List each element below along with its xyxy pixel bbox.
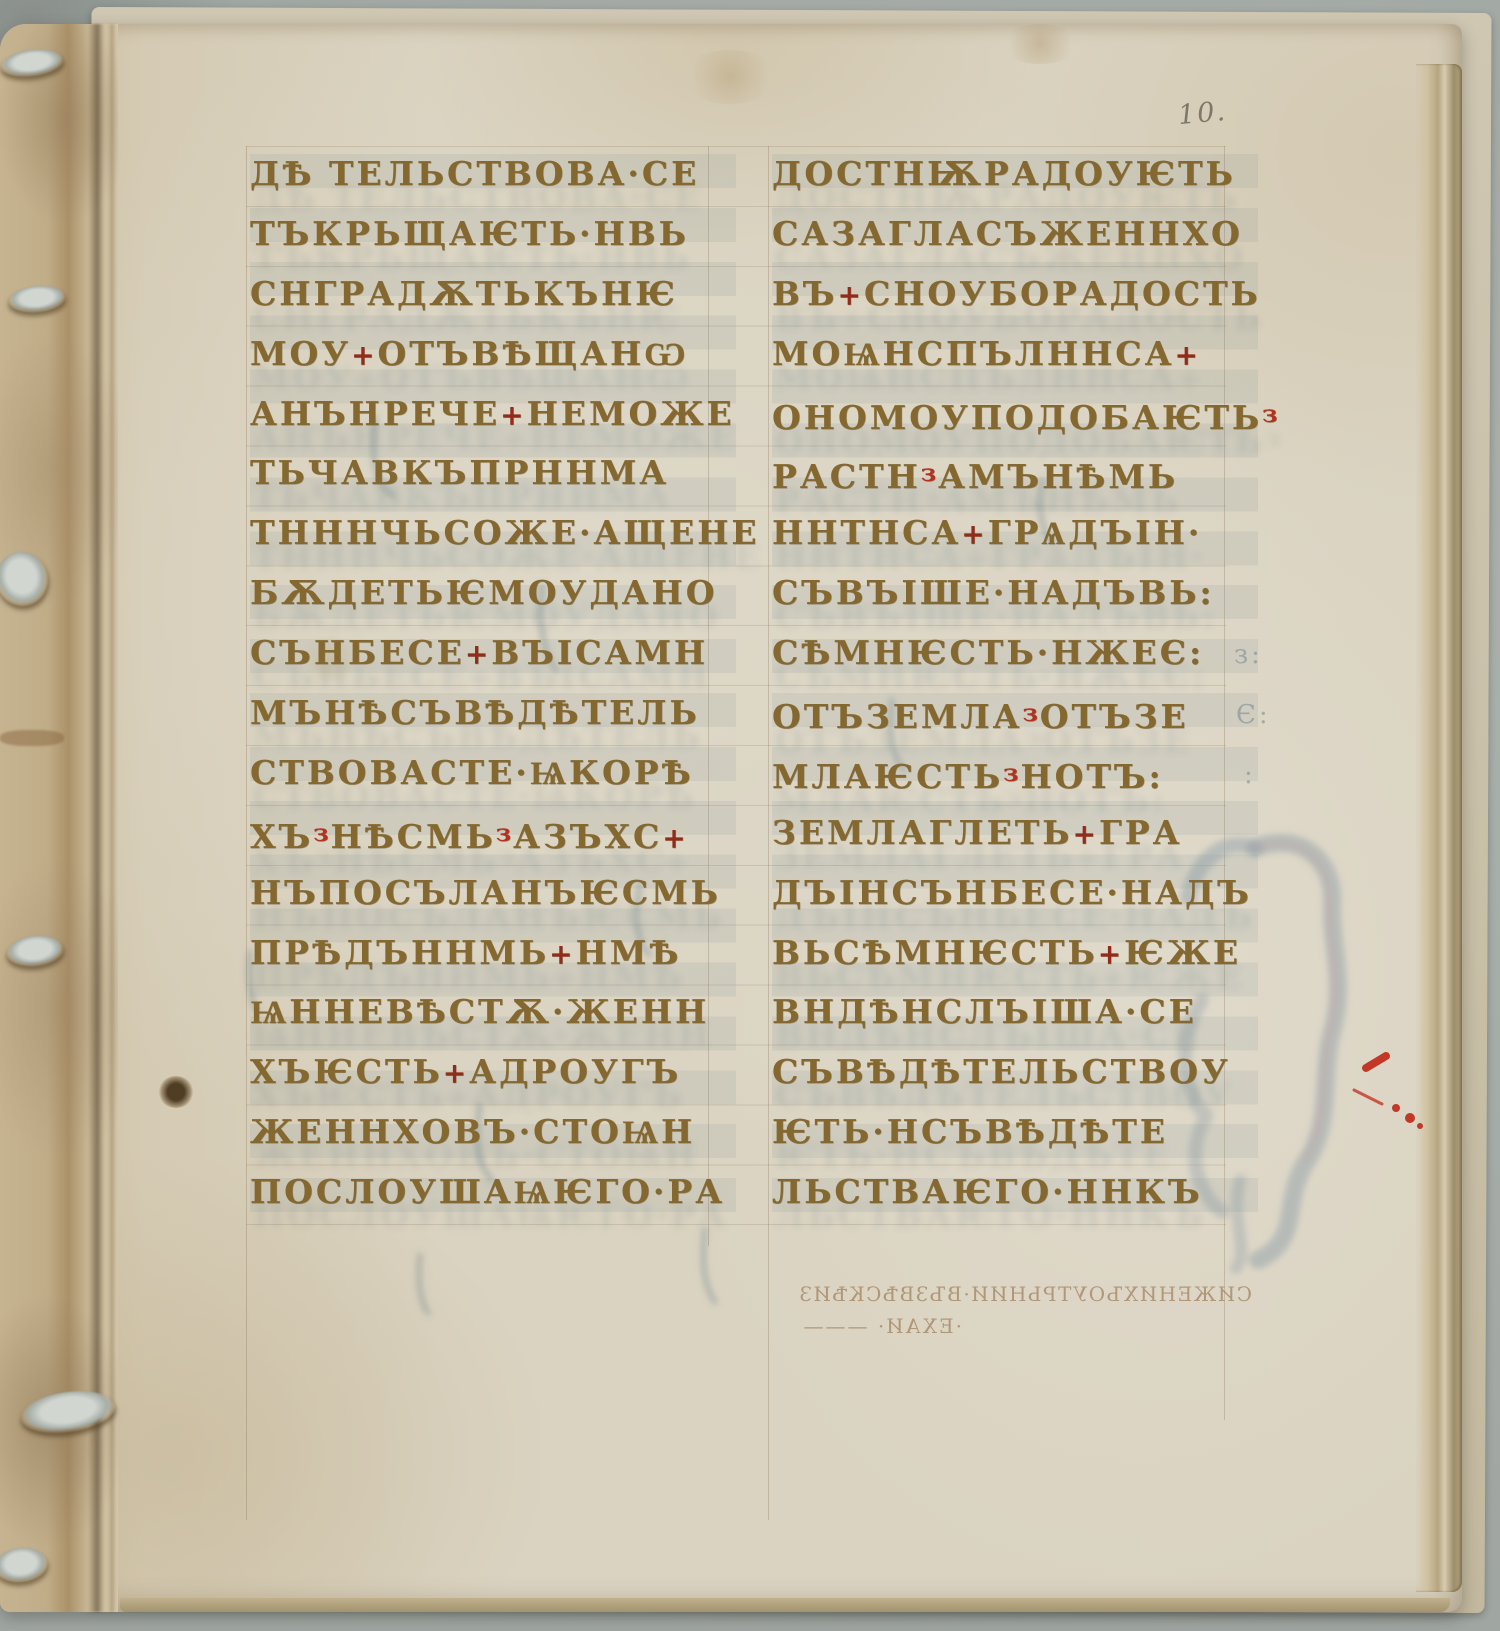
text-line: АНЪНРЕЧЕ+НЕМОЖЕ	[250, 388, 736, 448]
text-line: ВНДѢНСЛЪІША·СЕ	[772, 986, 1258, 1046]
text-line: СЪВѢДѢТЕЛЬСТВОУ	[772, 1046, 1258, 1106]
mirrored-line: СИЖЕНИХЪОУТРЬНИИ·ВЪЗВѢСКѢИЗ	[772, 1282, 1252, 1306]
parchment-stain	[0, 730, 64, 746]
text-line: МОѨНСПЪЛННСА+	[772, 328, 1258, 388]
spine-crease	[88, 24, 104, 1612]
text-line: ѤТЬ·НСЪВѢДѢТЕ	[772, 1106, 1258, 1166]
mirrored-offset-inscription: СИЖЕНИХЪОУТРЬНИИ·ВЪЗВѢСКѢИЗ ·ЕХАИ· ———	[772, 1282, 1252, 1338]
mirrored-line: ·ЕХАИ· ———	[772, 1314, 962, 1338]
text-line: СНГРАДѪТЬКЪНѤ	[250, 268, 736, 328]
text-line: МЛАѤСТЬзНОТЪ:	[772, 747, 1258, 807]
text-line: ЗЕМЛАГЛЕТЬ+ГРА	[772, 807, 1258, 867]
text-line: ПОСЛОУШАѨѤГО·РА	[250, 1166, 736, 1226]
text-line: ННТНСА+ГРѦДЪІН·	[772, 507, 1258, 567]
text-line: МОУ+ОТЪВѢЩАНѠ	[250, 328, 736, 388]
text-line: РАСТНзАМЪНѢМЬ	[772, 447, 1258, 507]
page-edge-bottom	[120, 1598, 1450, 1612]
text-line: ЖЕННХОВЪ·СТОѨН	[250, 1106, 736, 1166]
text-line: ВЪ+СНОУБОРАДОСТЬ	[772, 268, 1258, 328]
text-line: САЗАГЛАСЪЖЕННХО	[772, 208, 1258, 268]
text-line: СЪВЪІШЕ·НАДЪВЬ:	[772, 567, 1258, 627]
text-line: ДѢ ТЕЛЬСТВОВА·СЕ	[250, 148, 736, 208]
text-line: БѪДЕТЬѤМОУДАНО	[250, 567, 736, 627]
text-line: СТВОВАСТЕ·ѨКОРѢ	[250, 747, 736, 807]
text-line: ТНННЧЬСОЖЕ·АЩЕНЕ	[250, 507, 736, 567]
text-column-right: ДОСТНѬРАДОУѤТЬ САЗАГЛАСЪЖЕННХО ВЪ+СНОУБО…	[772, 148, 1258, 1226]
text-line: ПРѢДЪННМЬ+НМѢ	[250, 927, 736, 987]
sewing-hole	[0, 547, 54, 612]
sewing-hole	[7, 284, 67, 315]
parchment-stain	[1000, 24, 1080, 64]
text-line: НЪПОСЪЛАНЪѤСМЬ	[250, 867, 736, 927]
text-line: ХЪзНѢСМЬзАЗЪХС+	[250, 807, 736, 867]
text-line: ТЬЧАВКЪПРННМА	[250, 447, 736, 507]
text-line: МЪНѢСЪВѢДѢТЕЛЬ	[250, 687, 736, 747]
spine-crease-light	[108, 24, 116, 1612]
binding-spine	[0, 24, 118, 1612]
text-line: ѨННЕВѢСТѪ·ЖЕНН	[250, 986, 736, 1046]
ruling-vertical	[246, 146, 247, 1520]
text-line: ДЪІНСЪНБЕСЕ·НАДЪ	[772, 867, 1258, 927]
ink-stain	[158, 1076, 194, 1108]
parchment-stain	[680, 50, 780, 104]
ruling-vertical	[768, 146, 769, 1520]
sewing-hole	[0, 1545, 50, 1584]
text-line: СѢМНѤСТЬ·НЖЕЄ:	[772, 627, 1258, 687]
ghost-mark: з:	[1234, 640, 1263, 670]
folio-number: 10.	[1177, 96, 1228, 131]
text-line: ОНОМОУПОДОБАѤТЬз	[772, 388, 1258, 448]
sewing-hole	[5, 933, 66, 969]
sewing-hole	[0, 46, 65, 80]
text-line: СЪНБЕСЕ+ВЪІСАМН	[250, 627, 736, 687]
text-column-left: ДѢ ТЕЛЬСТВОВА·СЕ ТЪКРЬЩАѤТЬ·НВЬ СНГРАДѪТ…	[250, 148, 736, 1226]
ghost-mark: :	[1244, 760, 1256, 790]
text-line: ХЪѤСТЬ+АДРОУГЪ	[250, 1046, 736, 1106]
text-line: ОТЪЗЕМЛАзОТЪЗЕ	[772, 687, 1258, 747]
text-line: ТЪКРЬЩАѤТЬ·НВЬ	[250, 208, 736, 268]
page-edges-right	[1416, 64, 1462, 1592]
text-line: ЛЬСТВАѤГО·ННКЪ	[772, 1166, 1258, 1226]
text-line: ВЬСѢМНѤСТЬ+ѤЖЕ	[772, 927, 1258, 987]
ghost-mark: Є:	[1236, 700, 1271, 730]
text-line: ДОСТНѬРАДОУѤТЬ	[772, 148, 1258, 208]
